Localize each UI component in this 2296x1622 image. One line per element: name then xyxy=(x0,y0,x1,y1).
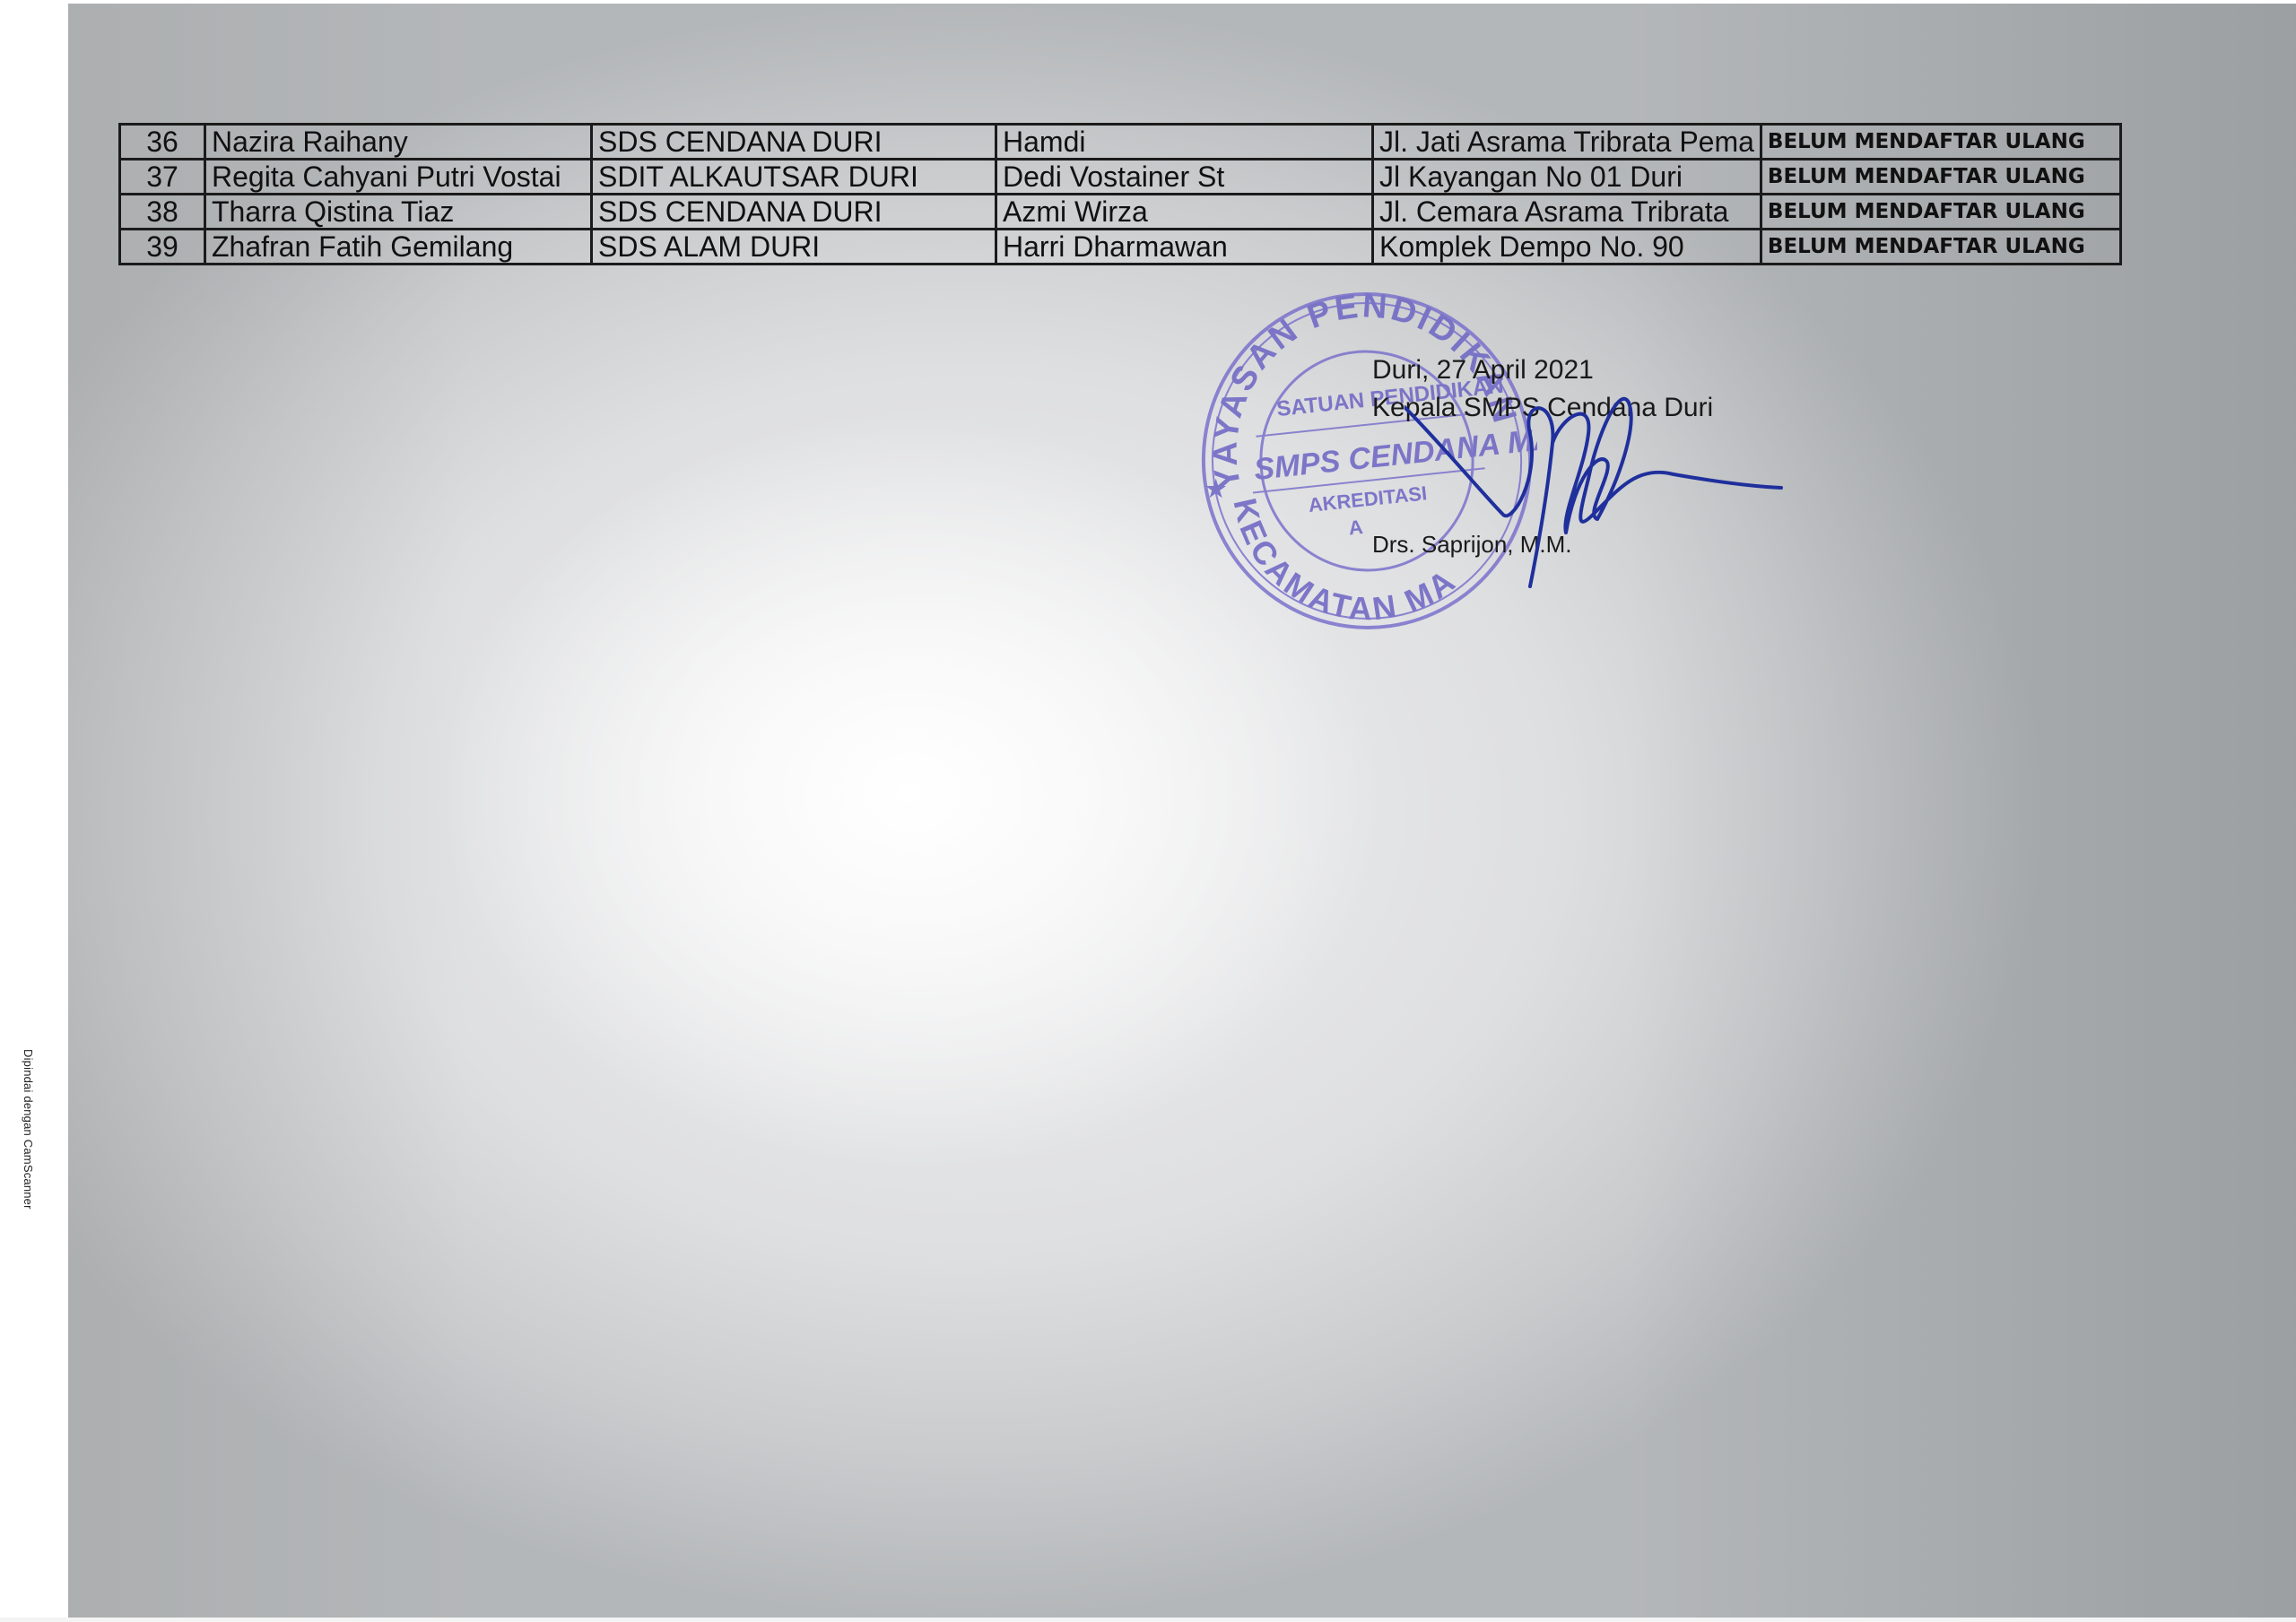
student-name-cell: Regita Cahyani Putri Vostai xyxy=(205,160,592,195)
row-number-cell: 39 xyxy=(120,230,205,265)
previous-school-cell: SDIT ALKAUTSAR DURI xyxy=(592,160,996,195)
registration-status-cell: BELUM MENDAFTAR ULANG xyxy=(1761,230,2120,265)
stamp-star-icon: ★ xyxy=(1205,475,1227,502)
row-number-cell: 37 xyxy=(120,160,205,195)
handwritten-signature xyxy=(1405,380,1799,595)
previous-school-cell: SDS CENDANA DURI xyxy=(592,125,996,160)
address-cell: Komplek Dempo No. 90 xyxy=(1373,230,1761,265)
student-name-cell: Zhafran Fatih Gemilang xyxy=(205,230,592,265)
registration-status-cell: BELUM MENDAFTAR ULANG xyxy=(1761,125,2120,160)
table-row: 37Regita Cahyani Putri VostaiSDIT ALKAUT… xyxy=(120,160,2121,195)
table-row: 36Nazira RaihanySDS CENDANA DURIHamdiJl.… xyxy=(120,125,2121,160)
stamp-grade: A xyxy=(1347,516,1364,540)
parent-name-cell: Hamdi xyxy=(996,125,1373,160)
address-cell: Jl. Cemara Asrama Tribrata xyxy=(1373,195,1761,230)
scanned-page: 36Nazira RaihanySDS CENDANA DURIHamdiJl.… xyxy=(68,4,2296,1618)
parent-name-cell: Harri Dharmawan xyxy=(996,230,1373,265)
parent-name-cell: Azmi Wirza xyxy=(996,195,1373,230)
camscanner-watermark: Dipindai dengan CamScanner xyxy=(22,1049,35,1210)
row-number-cell: 36 xyxy=(120,125,205,160)
student-registration-table: 36Nazira RaihanySDS CENDANA DURIHamdiJl.… xyxy=(118,123,2122,265)
registration-status-cell: BELUM MENDAFTAR ULANG xyxy=(1761,160,2120,195)
address-cell: Jl Kayangan No 01 Duri xyxy=(1373,160,1761,195)
address-cell: Jl. Jati Asrama Tribrata Pema xyxy=(1373,125,1761,160)
registration-status-cell: BELUM MENDAFTAR ULANG xyxy=(1761,195,2120,230)
previous-school-cell: SDS CENDANA DURI xyxy=(592,195,996,230)
table-row: 38Tharra Qistina TiazSDS CENDANA DURIAzm… xyxy=(120,195,2121,230)
page-bottom-margin xyxy=(0,1618,2296,1622)
student-name-cell: Tharra Qistina Tiaz xyxy=(205,195,592,230)
parent-name-cell: Dedi Vostainer St xyxy=(996,160,1373,195)
row-number-cell: 38 xyxy=(120,195,205,230)
student-name-cell: Nazira Raihany xyxy=(205,125,592,160)
previous-school-cell: SDS ALAM DURI xyxy=(592,230,996,265)
table-row: 39Zhafran Fatih GemilangSDS ALAM DURIHar… xyxy=(120,230,2121,265)
